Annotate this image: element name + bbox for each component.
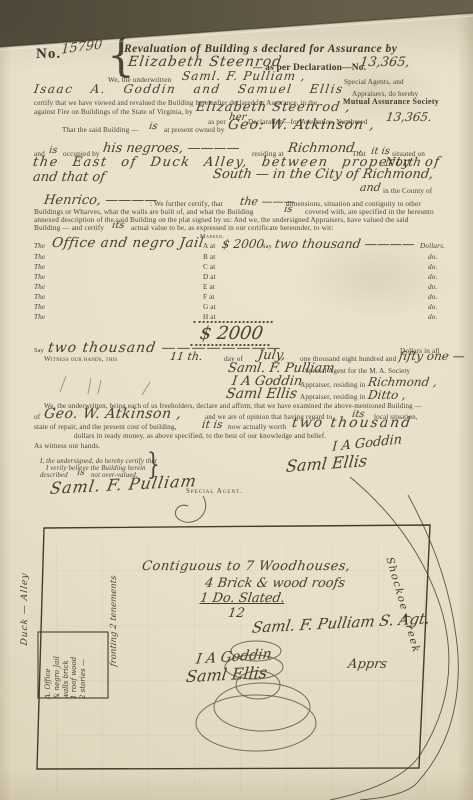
row-d-unit: do. — [428, 274, 437, 282]
owner-name: Geo: W. Atkinson , — [227, 118, 376, 133]
against-fire-line: against Fire on Buildings of the State o… — [34, 109, 193, 117]
plat-note-total: 12 — [227, 607, 245, 621]
declarant-name-2: Elizabeth Steenrod , — [195, 101, 352, 115]
scanned-document-photo: { "document": { "no_label": "No.", "no_v… — [0, 0, 473, 800]
day-entry: 11 th. — [169, 351, 203, 363]
plat-appraisers-abbrev: Apprs — [347, 658, 388, 672]
row-b-unit: do. — [428, 254, 437, 262]
occupant-entry: his negroes, ———— — [102, 142, 240, 156]
page-edge — [0, 0, 473, 60]
appraiser2-signature: Saml Ellis — [225, 387, 298, 402]
special-agent-name: Saml. F. Pulliam , — [181, 70, 307, 83]
row-g-the: The — [34, 304, 45, 312]
pencil-marks — [50, 370, 170, 400]
row-a-description: Office and negro Jail — [51, 236, 205, 250]
worth-amount: two thousand — [291, 416, 413, 431]
appraiser-names: Isaac A. Goddin and Samuel Ellis — [33, 83, 344, 96]
owner-name-2: Geo. W. Atkinson , — [43, 407, 182, 422]
row-g-letter: G at — [203, 304, 216, 312]
building-note-line: A. Office — [44, 656, 53, 699]
appraiser1-city: Richmond , — [367, 376, 438, 389]
witness-hands-label: Witness our hands, this — [44, 356, 117, 364]
row-b-the: The — [34, 254, 45, 262]
county-entry: Henrico, ———— — [43, 194, 158, 208]
repair-label: state of repair, and the present cost of… — [34, 424, 177, 432]
row-h-unit: do. — [428, 314, 437, 322]
south-city-entry: South — in the City of Richmond, — [212, 168, 434, 182]
row-b-letter: B at — [203, 254, 215, 262]
row-c-letter: C at — [203, 264, 215, 272]
plat-note-contiguous: Contiguous to 7 Woodhouses, — [141, 560, 351, 574]
street-label: Duck — Alley — [21, 572, 31, 646]
row-h-the: The — [34, 314, 45, 322]
fronting-note: fronting 2 tenements — [110, 575, 119, 667]
is-entry-1: is — [148, 122, 158, 133]
row-a-the: The — [34, 243, 45, 251]
building-note-line: walls brick — [62, 656, 71, 699]
row-e-the: The — [34, 284, 45, 292]
row-a-dollar: $ 2000 — [221, 238, 265, 251]
as-witness-label: As witness our hands. — [34, 443, 100, 451]
year-entry: fifty one — — [398, 350, 466, 363]
row-e-unit: do. — [428, 284, 437, 292]
building-note: A. Office & negro Jail walls brick 1 roo… — [44, 656, 88, 699]
it-is-entry-2: it is — [201, 419, 223, 431]
building-note-line: 1 roof wood — [70, 656, 79, 699]
row-a-unit: Dollars. — [420, 243, 445, 251]
and-that-of-entry: and that of — [32, 171, 106, 185]
document-sheet: No. 15790 { Revaluation of Building s de… — [0, 0, 473, 800]
row-a-say: Say — [262, 244, 272, 251]
appraiser2-label: Appraiser, residing in — [300, 394, 366, 402]
declaration-number-2: 13,365. — [385, 111, 433, 124]
row-d-letter: D at — [203, 274, 216, 282]
row-f-the: The — [34, 294, 45, 302]
society-name: Mutual Assurance Society — [343, 98, 439, 106]
value-line: actual value to be, as expressed in our … — [131, 225, 333, 233]
row-c-unit: do. — [428, 264, 437, 272]
amount-in-words: two thousand ———————— — [47, 341, 283, 356]
row-a-letter: A at — [203, 243, 215, 251]
said-building-label: That the said Building — — [62, 127, 139, 135]
row-c-the: The — [34, 264, 45, 272]
say-label: Say — [34, 348, 44, 355]
owned-by-label: at present owned by — [164, 127, 225, 135]
of-label: of — [34, 414, 40, 422]
worth-label: now actually worth — [228, 424, 286, 432]
building-certify-label: Building — and certify — [34, 225, 104, 233]
row-e-letter: E at — [203, 284, 215, 292]
its-entry-1: its — [111, 221, 125, 232]
plat-note-slated: 1 Do. Slated. — [199, 592, 286, 606]
row-f-letter: F at — [203, 294, 215, 302]
appraiser1-label: Appraiser, residing in — [300, 382, 366, 390]
appraiser2-city: Ditto , — [367, 389, 407, 402]
row-d-the: The — [34, 274, 45, 282]
county-of-label: in the County of — [383, 188, 432, 196]
building-note-line: & negro Jail — [53, 656, 62, 699]
row-g-unit: do. — [428, 304, 437, 312]
and-entry-2: and — [359, 182, 381, 194]
row-f-unit: do. — [428, 294, 437, 302]
is-entry-3: is — [283, 205, 293, 216]
plat-note-brick: 4 Brick & wood roofs — [204, 577, 346, 591]
row-a-amount-words: two thousand ———— — [274, 237, 416, 250]
building-note-line: 2 stories — — [79, 656, 88, 699]
ready-money-line: dollars in ready money, as above specifi… — [74, 433, 326, 441]
special-agents-label: Special Agents, and — [344, 79, 404, 87]
